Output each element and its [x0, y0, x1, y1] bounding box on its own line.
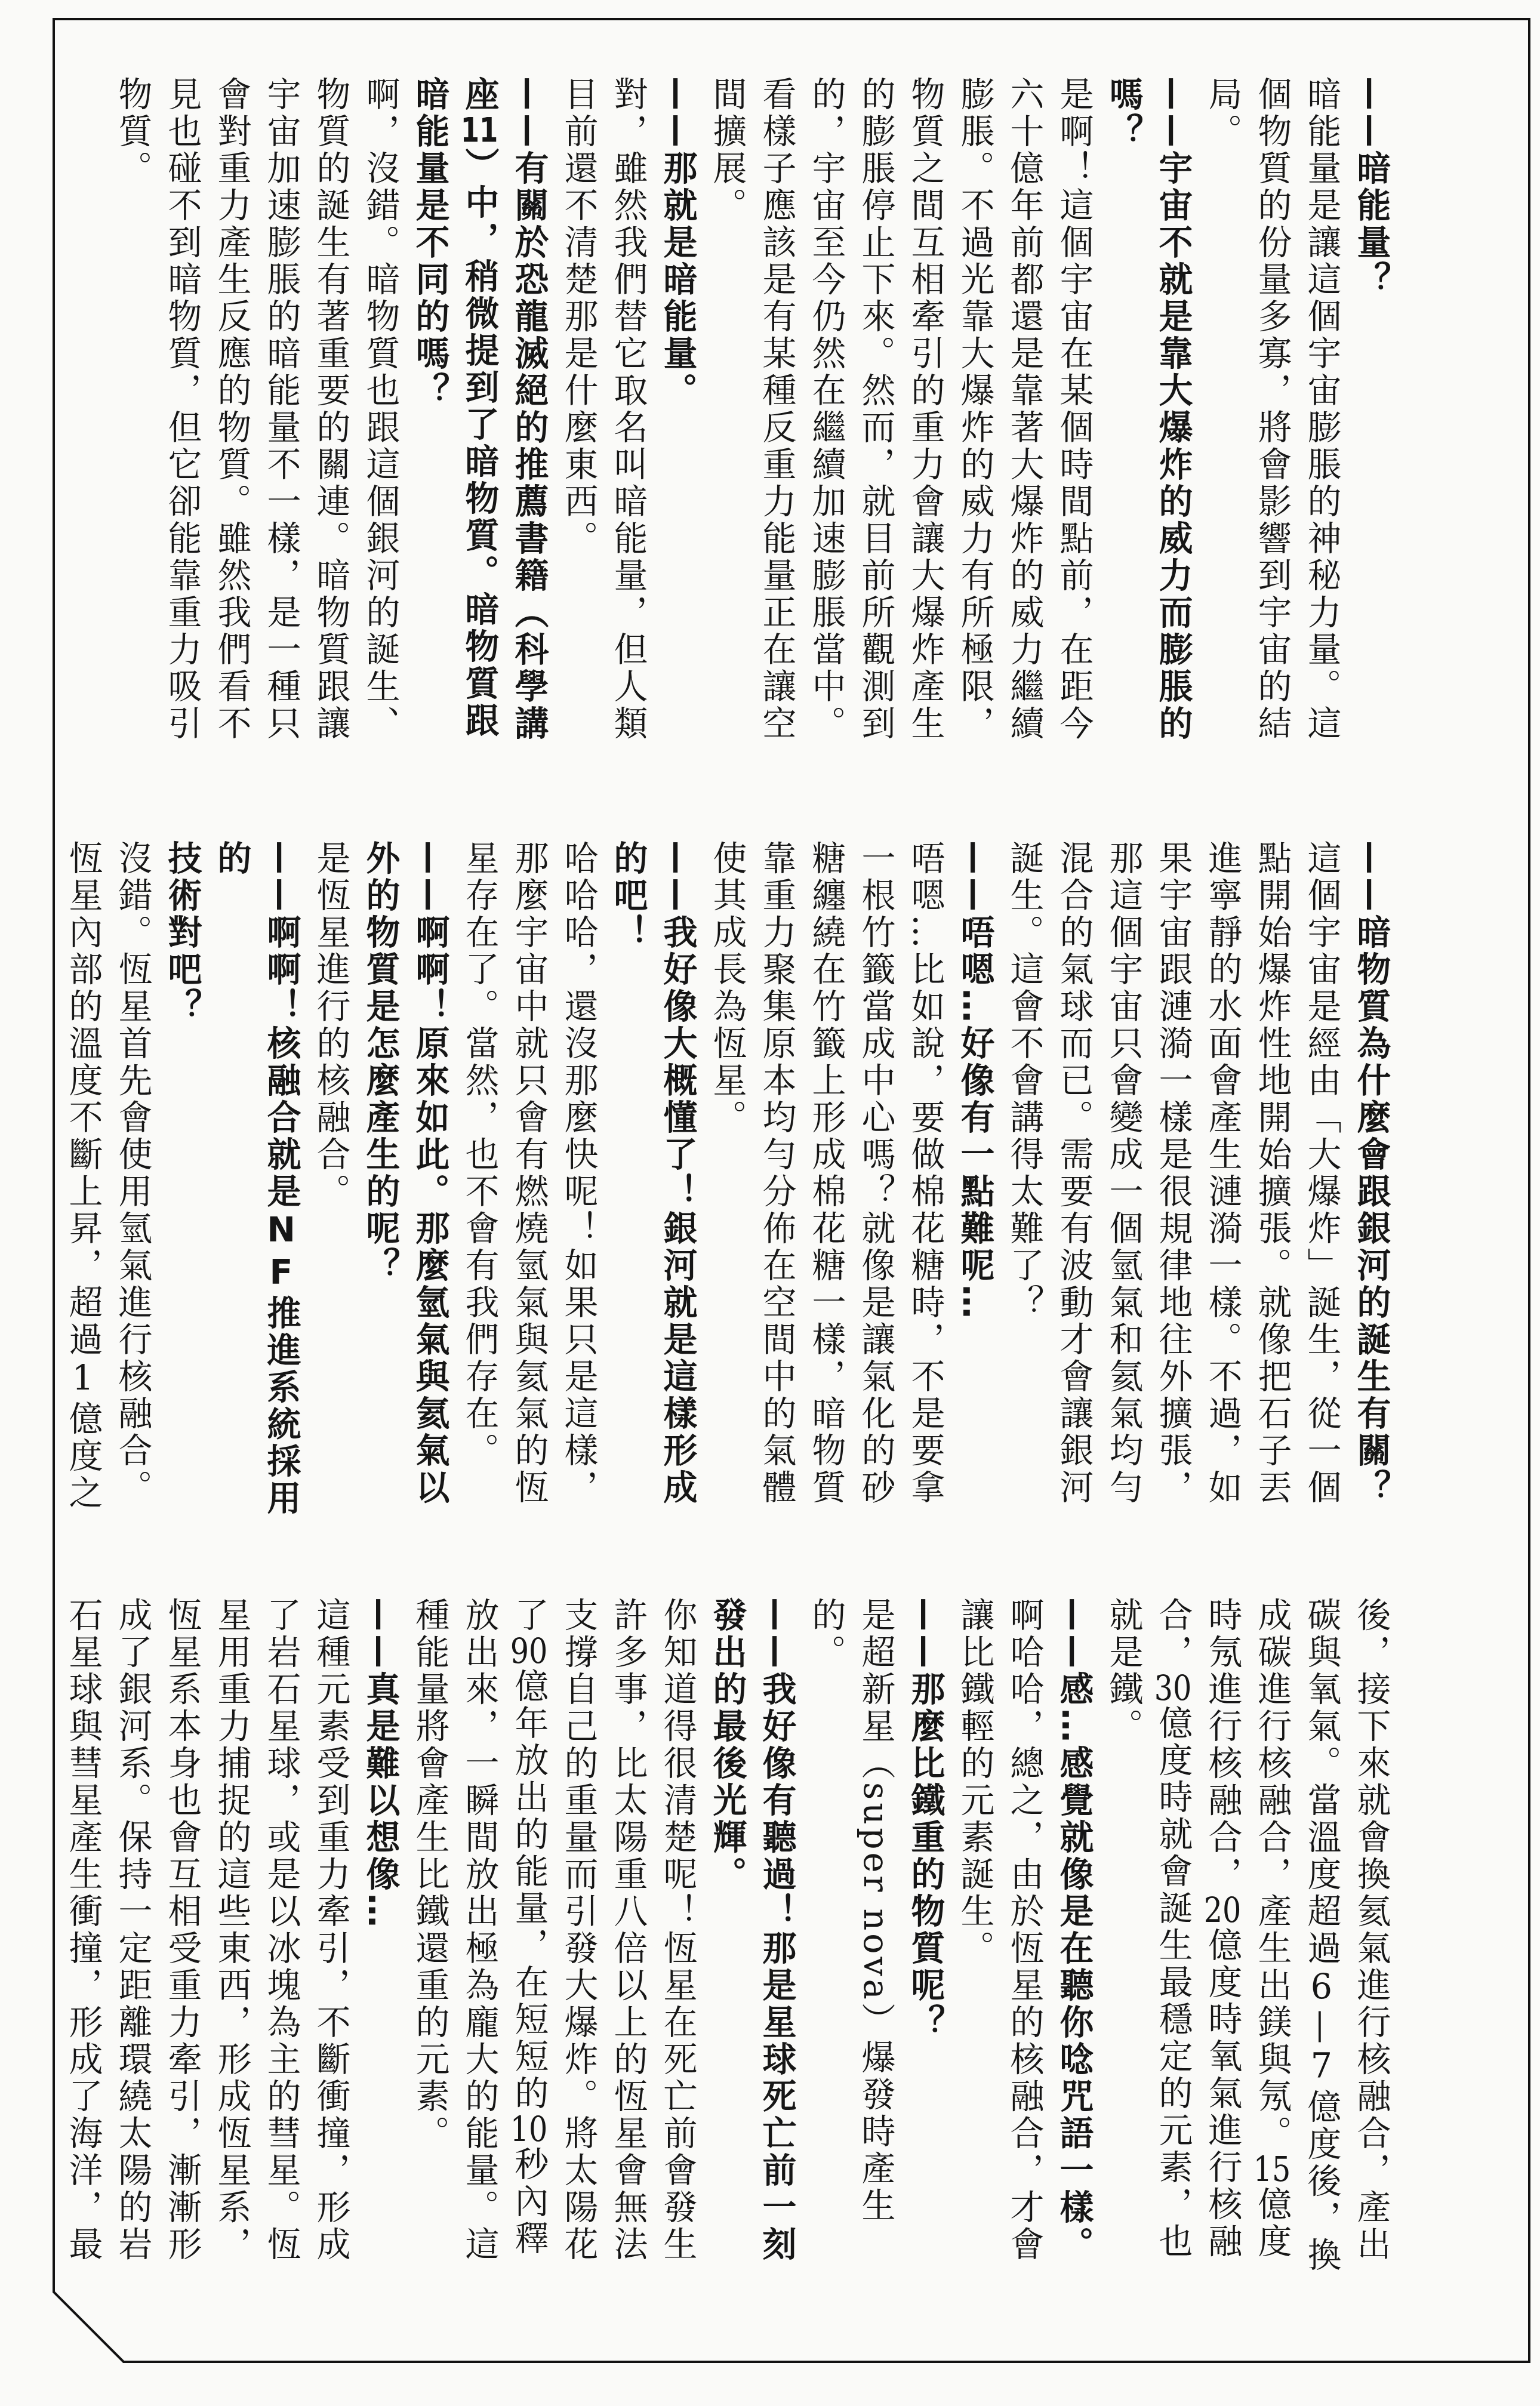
text-column: 成碳進行核融合，產生出鎂與氖。15億度	[1247, 1597, 1296, 2278]
text-column: 目前還不清楚那是什麼東西。	[553, 76, 603, 757]
text-band-top: ——暗能量？暗能量是讓這個宇宙膨脹的神秘力量。這個物質的份量多寡，將會影響到宇宙…	[107, 76, 1396, 757]
text-column: 合，30億度時就會誕生最穩定的元素，也	[1148, 1597, 1197, 2278]
text-column: 啊，沒錯。暗物質也跟這個銀河的誕生、	[355, 76, 405, 757]
text-column: 碳與氧氣。當溫度超過6—7億度後，換	[1296, 1597, 1346, 2278]
text-column: 的吧！	[603, 840, 652, 1521]
text-column: 星用重力捕捉的這些東西，形成恆星系，	[207, 1597, 256, 2278]
text-column: 嗎？	[1098, 76, 1148, 757]
text-column: 一根竹籤當成中心嗎？就像是讓氣化的砂	[851, 840, 900, 1521]
text-column: 恆星系本身也會互相受重力牽引，漸漸形	[157, 1597, 207, 2278]
text-column: 暗能量是不同的嗎？	[405, 76, 454, 757]
text-column: 那麼宇宙中就只會有燃燒氫氣與氦氣的恆	[504, 840, 553, 1521]
text-column: 六十億年前都還是靠著大爆炸的威力繼續	[999, 76, 1049, 757]
text-column: ——有關於恐龍滅絕的推薦書籍（科學講	[504, 76, 553, 757]
text-column: ——宇宙不就是靠大爆炸的威力而膨脹的	[1148, 76, 1197, 757]
text-column: 技術對吧？	[157, 840, 207, 1521]
text-column: 果宇宙跟漣漪一樣是很規律地往外擴張，	[1148, 840, 1197, 1521]
text-column: 的，宇宙至今仍然在繼續加速膨脹當中。	[801, 76, 851, 757]
text-column: 讓比鐵輕的元素誕生。	[950, 1597, 999, 2278]
text-column: ——我好像有聽過！那是星球死亡前一刻	[751, 1597, 801, 2278]
text-column: 外的物質是怎麼產生的呢？	[355, 840, 405, 1521]
text-column: 許多事，比太陽重八倍以上的恆星會無法	[603, 1597, 652, 2278]
text-column: 啊哈哈，總之，由於恆星的核融合，才會	[999, 1597, 1049, 2278]
text-column: ——那麼比鐵重的物質呢？	[900, 1597, 950, 2278]
text-band-bottom: 後，接下來就會換氦氣進行核融合，產出碳與氧氣。當溫度超過6—7億度後，換成碳進行…	[58, 1597, 1396, 2278]
text-column: 使其成長為恆星。	[702, 840, 751, 1521]
text-column: 見也碰不到暗物質，但它卻能靠重力吸引	[157, 76, 207, 757]
inline-number: 90	[509, 1634, 549, 1668]
text-column: 發出的最後光輝。	[702, 1597, 751, 2278]
text-column: 石星球與彗星產生衝撞，形成了海洋，最	[58, 1597, 107, 2278]
text-column: ——啊啊！核融合就是NF推進系統採用的	[207, 840, 306, 1521]
text-column: ——那就是暗能量。	[652, 76, 702, 757]
inline-number: 11	[460, 113, 499, 147]
text-column: 是啊！這個宇宙在某個時間點前，在距今	[1049, 76, 1098, 757]
text-column: 物質之間互相牽引的重力會讓大爆炸產生	[900, 76, 950, 757]
text-column: 座11）中，稍微提到了暗物質。暗物質跟	[454, 76, 504, 757]
inline-number: 20	[1203, 1893, 1242, 1927]
text-column: 這個宇宙是經由「大爆炸」誕生，從一個	[1296, 840, 1346, 1521]
text-column: 後，接下來就會換氦氣進行核融合，產出	[1346, 1597, 1396, 2278]
text-column: ——暗能量？	[1346, 76, 1396, 757]
book-page: ——暗能量？暗能量是讓這個宇宙膨脹的神秘力量。這個物質的份量多寡，將會影響到宇宙…	[0, 0, 1540, 2406]
text-column: 暗能量是讓這個宇宙膨脹的神秘力量。這	[1296, 76, 1346, 757]
text-band-middle: ——暗物質為什麼會跟銀河的誕生有關？這個宇宙是經由「大爆炸」誕生，從一個點開始爆…	[58, 840, 1396, 1521]
text-column: 成了銀河系。保持一定距離環繞太陽的岩	[107, 1597, 157, 2278]
text-column: 看樣子應該是有某種反重力能量正在讓空	[751, 76, 801, 757]
text-column: 間擴展。	[702, 76, 751, 757]
text-column: ——啊啊！原來如此。那麼氫氣與氦氣以	[405, 840, 454, 1521]
inline-upright-text: 6	[1302, 1967, 1341, 2010]
text-column: 誕生。這會不會講得太難了？	[999, 840, 1049, 1521]
inline-upright-text: NF	[261, 1210, 301, 1295]
text-column: 了90億年放出的能量，在短短的10秒內釋	[504, 1597, 553, 2278]
text-column: 是超新星（super nova）爆發時產生的。	[801, 1597, 900, 2278]
text-column: 物質的誕生有著重要的關連。暗物質跟讓	[306, 76, 355, 757]
text-column: 時氖進行核融合，20億度時氧氣進行核融	[1197, 1597, 1247, 2278]
inline-upright-text: 7	[1302, 2047, 1341, 2089]
text-column: 膨脹。不過光靠大爆炸的威力有所極限，	[950, 76, 999, 757]
text-column: ——唔嗯…好像有一點難呢…	[950, 840, 999, 1521]
text-column: 點開始爆炸性地開始擴張。就像把石子丟	[1247, 840, 1296, 1521]
text-column: 局。	[1197, 76, 1247, 757]
text-column: 對，雖然我們替它取名叫暗能量，但人類	[603, 76, 652, 757]
text-column: 個物質的份量多寡，將會影響到宇宙的結	[1247, 76, 1296, 757]
text-column: 糖纏繞在竹籤上形成棉花糖一樣，暗物質	[801, 840, 851, 1521]
text-column: 唔嗯…比如說，要做棉花糖時，不是要拿	[900, 840, 950, 1521]
text-column: ——我好像大概懂了！銀河就是這樣形成	[652, 840, 702, 1521]
inline-number: 30	[1153, 1671, 1193, 1705]
text-column: 靠重力聚集原本均勻分佈在空間中的氣體	[751, 840, 801, 1521]
text-column: 哈哈哈，還沒那麼快呢！如果只是這樣，	[553, 840, 603, 1521]
text-column: 就是鐵。	[1098, 1597, 1148, 2278]
text-column: 混合的氣球而已。需要有波動才會讓銀河	[1049, 840, 1098, 1521]
text-column: 會對重力產生反應的物質。雖然我們看不	[207, 76, 256, 757]
text-column: 沒錯。恆星首先會使用氫氣進行核融合。	[107, 840, 157, 1521]
text-column: 星存在了。當然，也不會有我們存在。	[454, 840, 504, 1521]
text-column: 宇宙加速膨脹的暗能量不一樣，是一種只	[256, 76, 306, 757]
text-column: 支撐自己的重量而引發大爆炸。將太陽花	[553, 1597, 603, 2278]
text-column: 放出來，一瞬間放出極為龐大的能量。這	[454, 1597, 504, 2278]
text-column: ——暗物質為什麼會跟銀河的誕生有關？	[1346, 840, 1396, 1521]
text-column: 種能量將會產生比鐵還重的元素。	[405, 1597, 454, 2278]
text-column: 物質。	[107, 76, 157, 757]
inline-number: 15	[1252, 2152, 1292, 2186]
text-column: ——感…感覺就像是在聽你唸咒語一樣。	[1049, 1597, 1098, 2278]
inline-number: 10	[509, 2112, 549, 2146]
text-column: 你知道得很清楚呢！恆星在死亡前會發生	[652, 1597, 702, 2278]
text-column: 進寧靜的水面會產生漣漪一樣。不過，如	[1197, 840, 1247, 1521]
text-column: 的膨脹停止下來。然而，就目前所觀測到	[851, 76, 900, 757]
inline-upright-text: 1	[63, 1358, 103, 1401]
text-column: 是恆星進行的核融合。	[306, 840, 355, 1521]
text-column: ——真是難以想像…	[355, 1597, 405, 2278]
text-column: 那這個宇宙只會變成一個氫氣和氦氣均勻	[1098, 840, 1148, 1521]
text-column: 這種元素受到重力牽引，不斷衝撞，形成	[306, 1597, 355, 2278]
text-column: 了岩石星球，或是以冰塊為主的彗星。恆	[256, 1597, 306, 2278]
text-column: 恆星內部的溫度不斷上昇，超過1億度之	[58, 840, 107, 1521]
